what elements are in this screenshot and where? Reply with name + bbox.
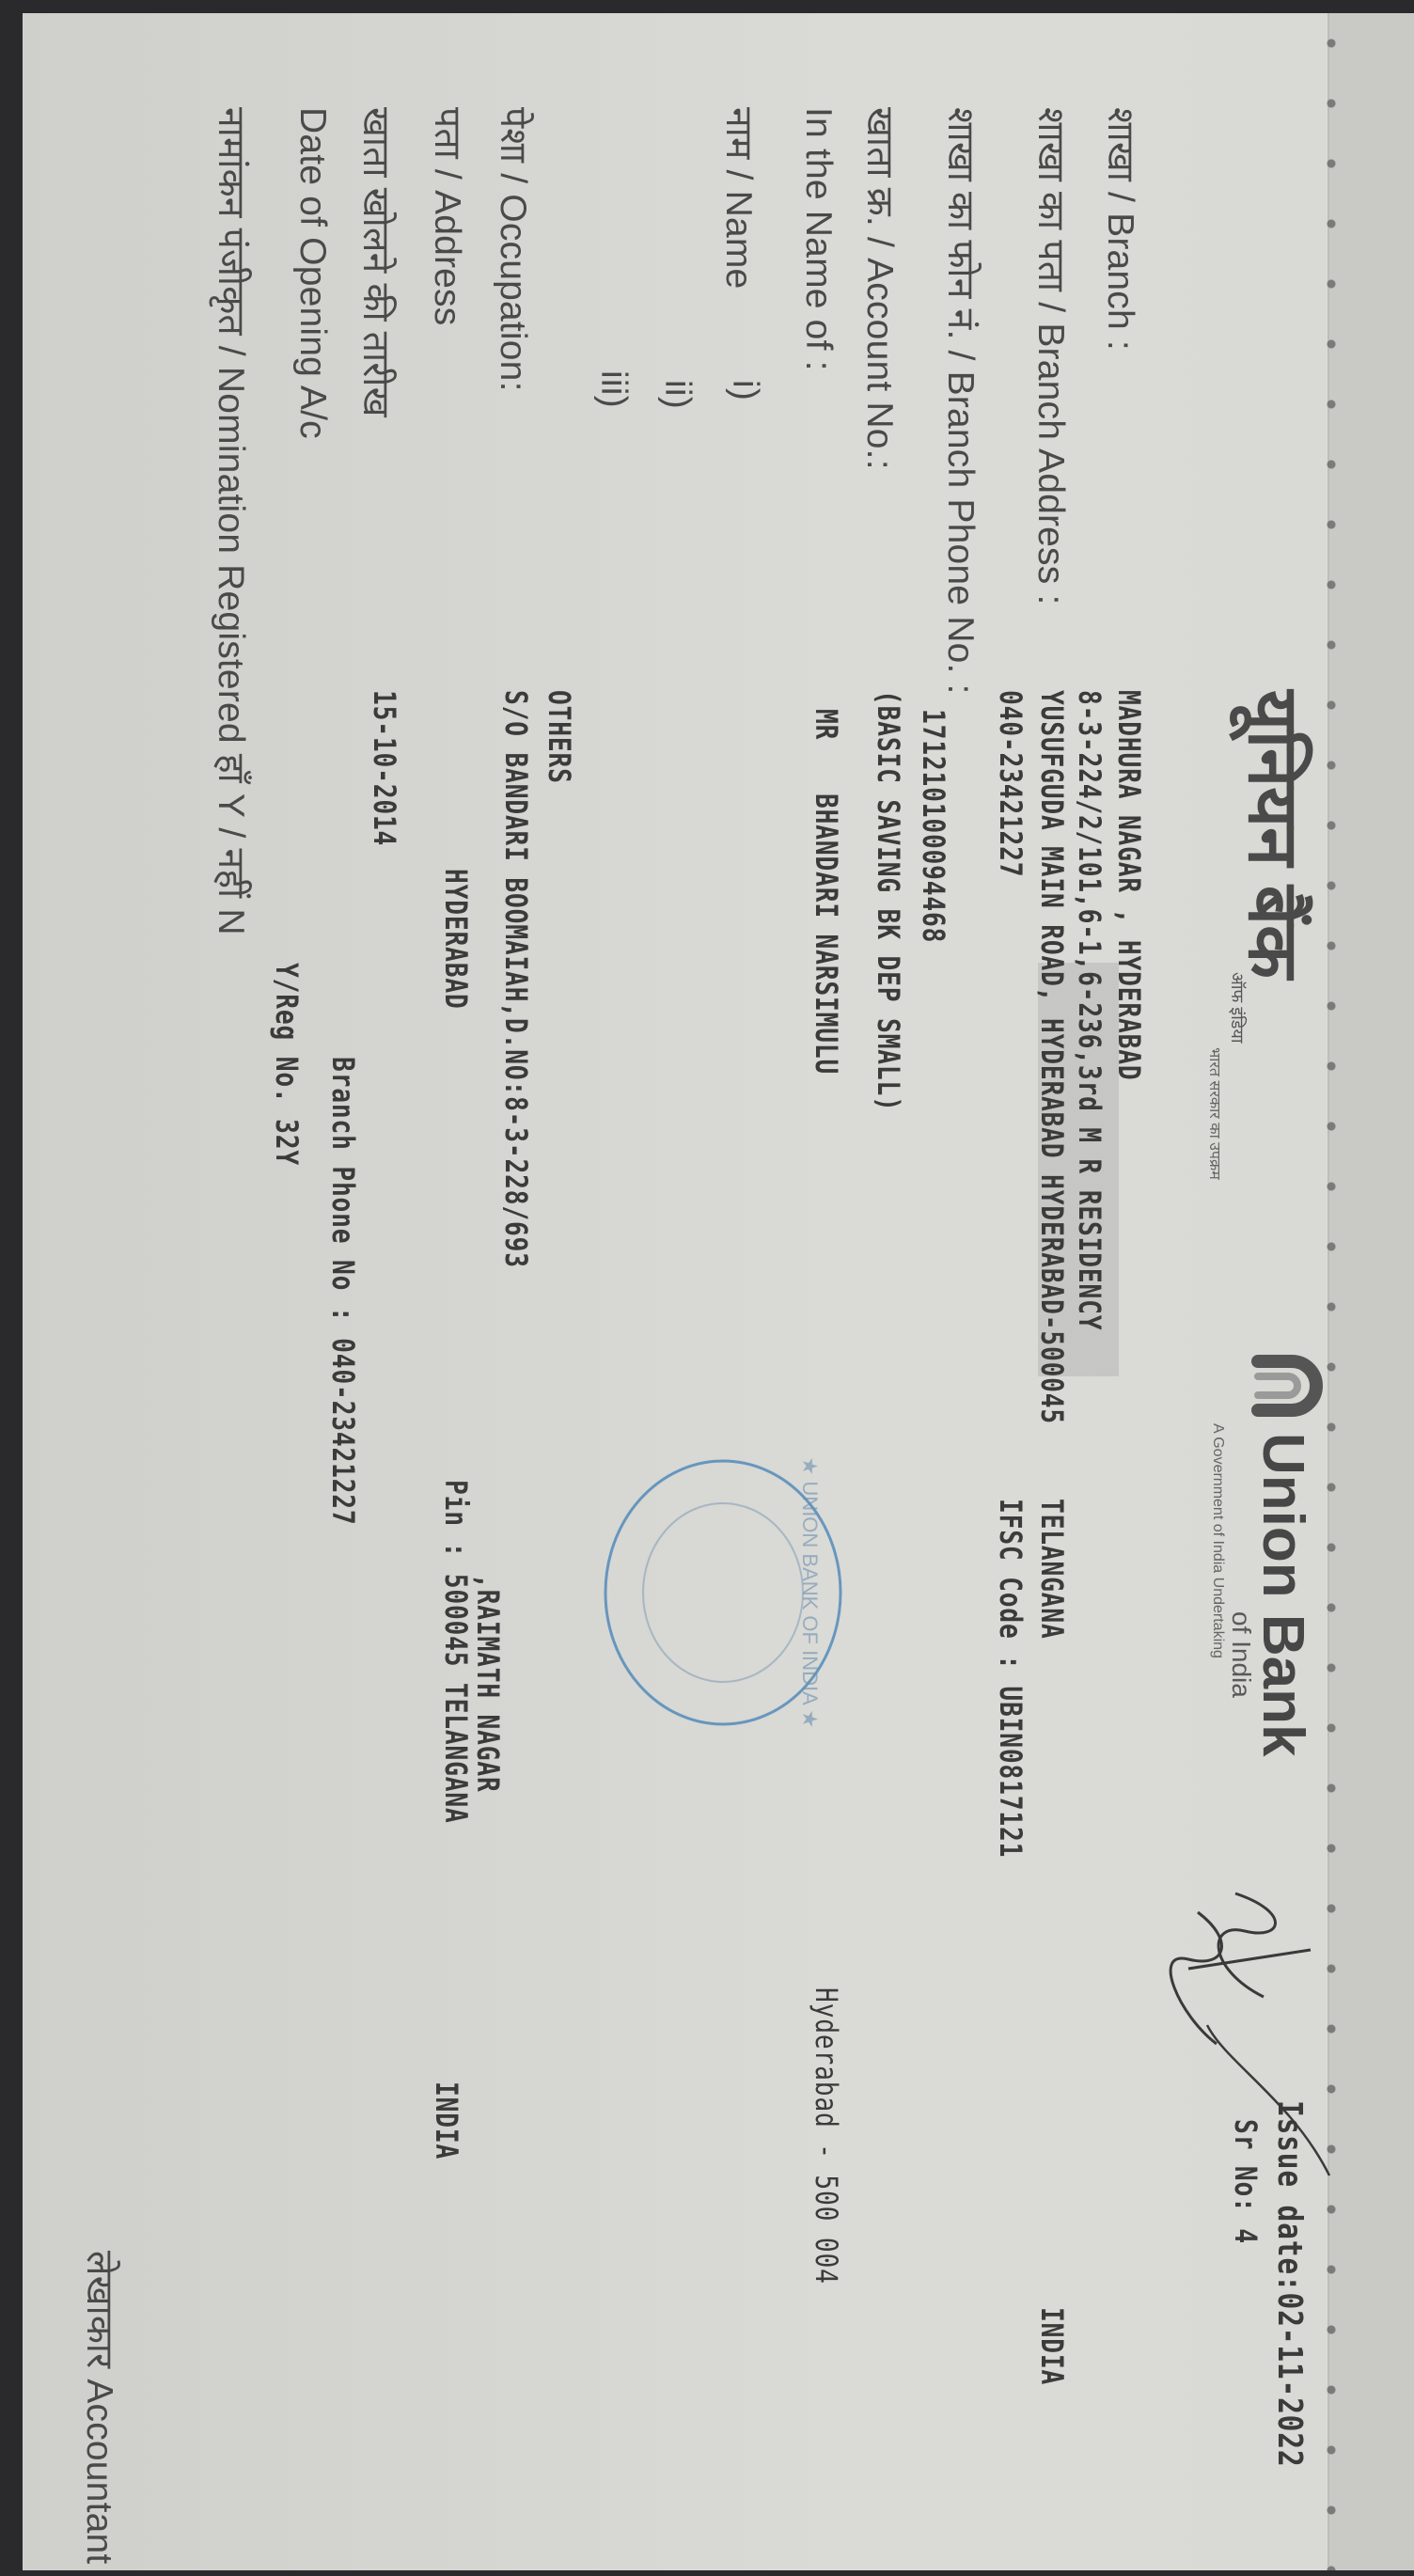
account-type: (BASIC SAVING BK DEP SMALL) xyxy=(871,690,906,1112)
address-line-1-cont: ,RAIMATH NAGAR xyxy=(470,1574,506,1793)
name-title-1: MR xyxy=(809,709,844,740)
address-pin: Pin : 500045 TELANGANA xyxy=(438,1480,474,1824)
bank-name-hindi-sub: ऑफ इंडिया xyxy=(1226,972,1249,1044)
name-value-1: BHANDARI NARSIMULU xyxy=(809,793,844,1075)
ifsc-label: IFSC Code : xyxy=(993,1499,1029,1671)
bank-name-english: Union Bank xyxy=(1249,1433,1316,1756)
occupation-label: पेशा / Occupation: xyxy=(490,107,540,392)
address-line-1: S/O BANDARI BOOMAIAH,D.NO:8-3-228/693 xyxy=(498,690,534,1268)
nomination-label: नामांकन पंजीकृत / Nomination Registered … xyxy=(208,107,258,935)
footer-phone-value: 040-23421227 xyxy=(325,1338,361,1525)
occupation-value: OTHERS xyxy=(542,690,577,784)
pin-label: Pin : xyxy=(438,1480,474,1558)
footer-branch-phone: Branch Phone No : 040-23421227 xyxy=(325,1057,361,1526)
name-label: नाम / Name xyxy=(715,107,765,289)
date-of-opening-label-hindi: खाता खोलने की तारीख xyxy=(353,107,402,417)
union-bank-logo-icon xyxy=(1249,1348,1324,1423)
branch-address-line-2: YUSUFGUDA MAIN ROAD, HYDERABAD HYDERABAD… xyxy=(1034,690,1070,1424)
date-of-opening-label: Date of Opening A/c xyxy=(291,107,333,439)
account-no-label: खाता क्र. / Account No.: xyxy=(856,107,906,470)
svg-text:★ UNION BANK OF INDIA ★: ★ UNION BANK OF INDIA ★ xyxy=(798,1457,822,1729)
address-line-2: HYDERABAD xyxy=(438,869,474,1010)
bank-tagline-hindi: भारत सरकार का उपक्रम xyxy=(1205,1047,1226,1180)
branch-stamp-icon: ★ UNION BANK OF INDIA ★ xyxy=(596,1452,850,1734)
ifsc-value: UBIN0817121 xyxy=(993,1686,1029,1858)
bank-tagline: A Government of India Undertaking xyxy=(1209,1423,1226,1658)
ifsc-code: IFSC Code : UBIN0817121 xyxy=(993,1499,1029,1858)
branch-address-label: शाखा का पता / Branch Address : xyxy=(1028,107,1077,605)
name-row-index-2: ii) xyxy=(656,380,698,409)
in-the-name-of-label: In the Name of : xyxy=(797,107,839,371)
document-stage: यूनियन बैंक ऑफ इंडिया भारत सरकार का उपक्… xyxy=(0,0,1414,2576)
branch-phone-value: 040-23421227 xyxy=(993,690,1029,877)
branch-state: TELANGANA xyxy=(1034,1499,1070,1640)
address-label: पता / Address xyxy=(424,107,474,325)
signature-icon xyxy=(1160,1856,1348,2213)
issue-date-value: 02-11-2022 xyxy=(1270,2293,1309,2468)
bank-name-english-sub: of India xyxy=(1226,1611,1256,1698)
bank-name-hindi: यूनियन बैंक xyxy=(1229,690,1324,979)
account-number: 171210100094468 xyxy=(916,709,951,943)
footer-phone-label: Branch Phone No : xyxy=(325,1057,361,1323)
branch-phone-label: शाखा का फोन नं. / Branch Phone No. : xyxy=(937,107,987,695)
accountant-label: लेखाकार Accountant xyxy=(76,2251,126,2564)
nomination-reg-no: Y/Reg No. 32Y xyxy=(269,963,305,1166)
date-of-opening-value: 15-10-2014 xyxy=(367,690,402,846)
branch-address-line-1: 8-3-224/2/101,6-1,6-236,3rd M R RESIDENC… xyxy=(1072,690,1108,1330)
passbook-page: यूनियन बैंक ऑफ इंडिया भारत सरकार का उपक्… xyxy=(23,13,1414,2570)
reg-no-label: Y/Reg No. xyxy=(269,963,305,1104)
branch-label: शाखा / Branch : xyxy=(1097,107,1147,351)
pin-value: 500045 TELANGANA xyxy=(438,1574,474,1824)
name-row-index-1: i) xyxy=(724,380,765,401)
name-row-index-3: iii) xyxy=(592,370,634,408)
address-country: INDIA xyxy=(429,2081,464,2160)
sr-no-value: 4 xyxy=(1228,2228,1264,2244)
name-city-1: Hyderabad - 500 004 xyxy=(809,1987,844,2285)
reg-no-value: 32Y xyxy=(269,1119,305,1166)
branch-country: INDIA xyxy=(1034,2307,1070,2385)
